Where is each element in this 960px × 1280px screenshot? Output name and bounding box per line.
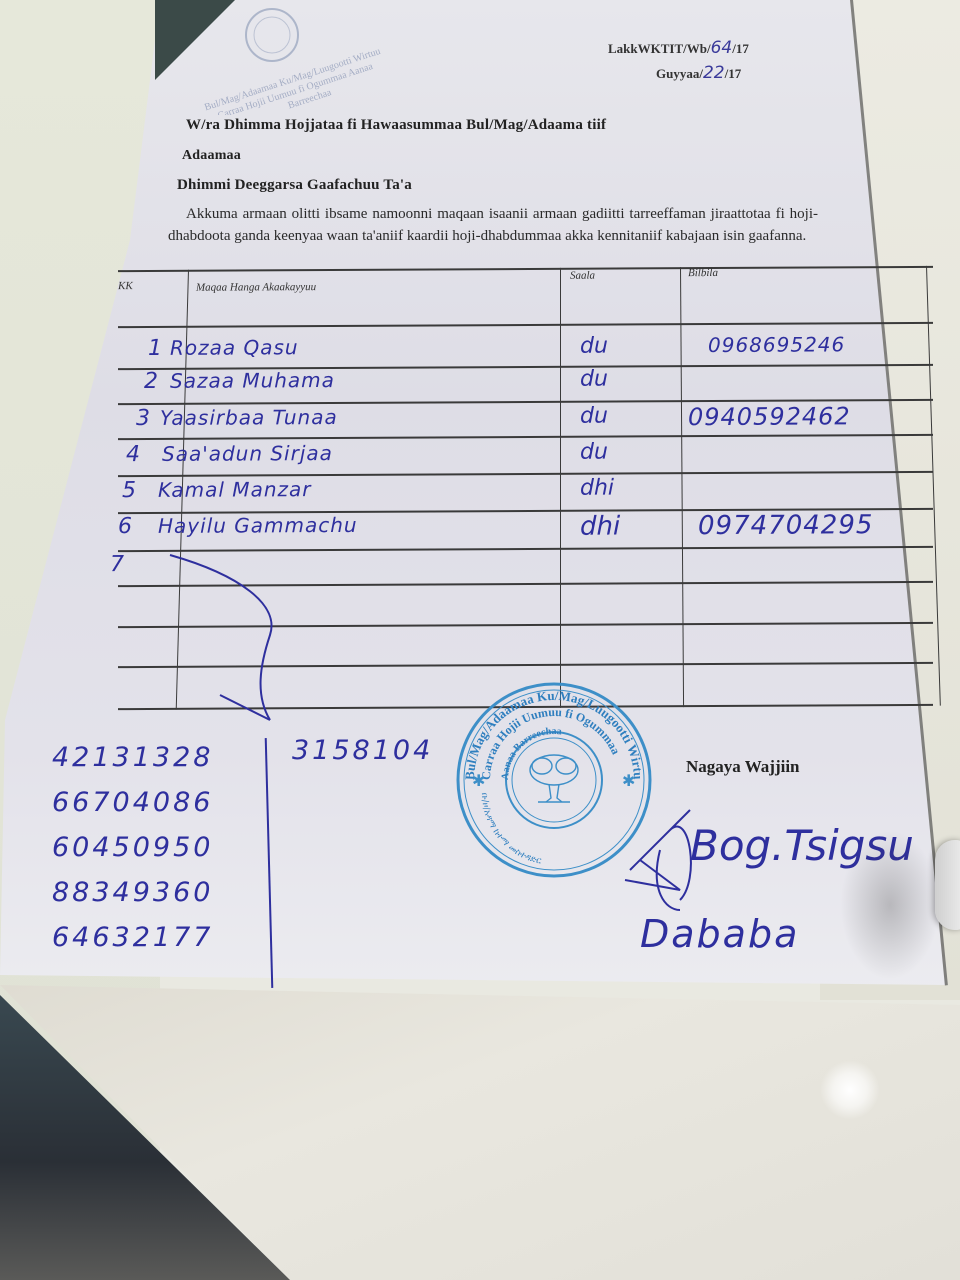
handwritten-number-list: 42131328 66704086 60450950 88349360 6463… (52, 735, 213, 960)
column-header-kk: KK (118, 280, 133, 292)
subject-line: Dhimmi Deeggarsa Gaafachuu Ta'a (177, 177, 412, 194)
faint-stamp: Bul/Mag/Adaamaa Ku/Mag/Luugootti Wirtuu … (190, 5, 440, 115)
handwritten-number: 88349360 (52, 870, 213, 915)
table-row: 2 Sazaa Muhama du (118, 365, 933, 405)
handwritten-number: 42131328 (52, 735, 213, 780)
hand-drawn-arrow (150, 545, 290, 725)
handwritten-number: 60450950 (52, 825, 213, 870)
stamp-amharic-text: ቡ/ዞ/አዳማ ከተማ መስተዳድር (479, 793, 542, 867)
letter-body-paragraph: Akkuma armaan olitti ibsame namoonni maq… (168, 203, 818, 247)
recipient-line-2: Adaamaa (182, 148, 241, 164)
recipient-line-1: W/ra Dhimma Hojjataa fi Hawaasummaa Bul/… (186, 117, 606, 134)
light-glare (820, 1060, 880, 1120)
handwritten-number: 64632177 (52, 915, 213, 960)
column-header-name: Maqaa Hanga Akaakayyuu (196, 281, 316, 294)
date-handwritten: 22 (703, 63, 725, 83)
svg-text:✱: ✱ (622, 771, 635, 790)
svg-text:✱: ✱ (472, 771, 485, 790)
closing-text: Nagaya Wajjiin (686, 757, 800, 777)
handwritten-number: 3158104 (292, 735, 433, 766)
table-row: 4 Saa'adun Sirjaa du (118, 438, 933, 478)
column-header-phone: Bilbila (688, 267, 718, 279)
reference-number: LakkWKTIT/Wb/64/17 (608, 38, 749, 58)
white-object (935, 840, 960, 930)
ink-smudge (840, 830, 940, 980)
tree-emblem-icon (530, 755, 578, 802)
table-row: 3 Yaasirbaa Tunaa du 0940592462 (118, 402, 933, 442)
reference-date: Guyyaa/22/17 (656, 63, 741, 83)
svg-text:ቡ/ዞ/አዳማ ከተማ መስተዳድር: ቡ/ዞ/አዳማ ከተማ መስተዳድር (479, 793, 542, 867)
column-header-sex: Saala (570, 270, 595, 282)
letter-body: Akkuma armaan olitti ibsame namoonni maq… (168, 203, 818, 247)
signatory-name: Dababa (640, 912, 799, 956)
reference-handwritten: 64 (711, 38, 733, 58)
table-row: 5 Kamal Manzar dhi (118, 474, 933, 514)
handwritten-number: 66704086 (52, 780, 213, 825)
